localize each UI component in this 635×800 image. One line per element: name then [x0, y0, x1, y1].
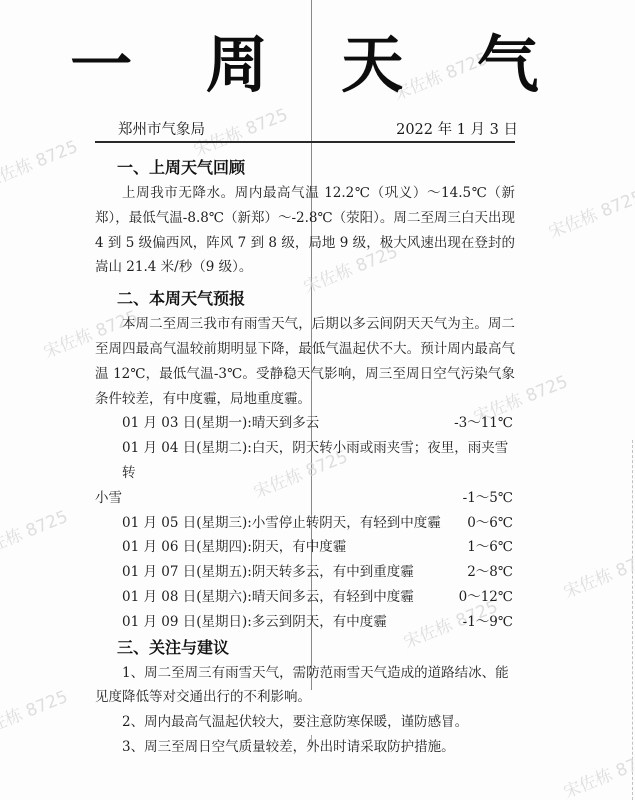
forecast-day-row: 01 月 07 日(星期五):阴天转多云，有中到重度霾 2～8℃	[95, 560, 515, 585]
forecast-temp: -1～9℃	[463, 610, 515, 635]
forecast-date: 01 月 03 日(星期一):	[122, 415, 252, 431]
forecast-day-row: 01 月 04 日(星期二):白天，阴天转小雨或雨夹雪；夜里，雨夹雪转 小雪 -…	[95, 436, 515, 510]
forecast-temp: 2～8℃	[467, 560, 515, 585]
forecast-day-row: 01 月 03 日(星期一):晴天到多云 -3～11℃	[95, 411, 515, 436]
forecast-day-row: 01 月 06 日(星期四):阴天，有中度霾 1～6℃	[95, 535, 515, 560]
daily-forecast-list: 01 月 03 日(星期一):晴天到多云 -3～11℃ 01 月 04 日(星期…	[95, 411, 515, 634]
section-heading-forecast: 二、本周天气预报	[95, 286, 515, 312]
forecast-weather-continued: 小雪	[95, 486, 122, 511]
forecast-temp: -1～5℃	[463, 486, 515, 511]
document-meta: 郑州市气象局 2022 年 1 月 3 日	[118, 118, 518, 139]
page-edge-border	[631, 440, 633, 800]
forecast-temp: -3～11℃	[454, 411, 515, 436]
section-review: 一、上周天气回顾 上周我市无降水。周内最高气温 12.2℃（巩义）～14.5℃（…	[95, 155, 515, 280]
forecast-weather: 小雪停止转阴天，有轻到中度霾	[252, 515, 441, 531]
forecast-weather: 多云到阴天，有中度霾	[252, 614, 387, 630]
document-title: 一 周 天 气	[0, 30, 635, 100]
forecast-date: 01 月 04 日(星期二):	[122, 440, 252, 456]
forecast-weather: 晴天间多云，有轻到中度霾	[252, 589, 414, 605]
watermark: 宋佐栋 8725	[0, 682, 71, 743]
watermark: 宋佐栋 8725	[544, 182, 635, 243]
forecast-paragraph: 本周二至周三我市有雨雪天气，后期以多云间阴天天气为主。周二至周四最高气温较前期明…	[95, 312, 515, 411]
review-paragraph: 上周我市无降水。周内最高气温 12.2℃（巩义）～14.5℃（新郑），最低气温-…	[95, 181, 515, 280]
forecast-date: 01 月 07 日(星期五):	[122, 564, 252, 580]
section-heading-review: 一、上周天气回顾	[95, 155, 515, 181]
forecast-temp: 1～6℃	[467, 535, 515, 560]
forecast-day-row: 01 月 05 日(星期三):小雪停止转阴天，有轻到中度霾 0～6℃	[95, 511, 515, 536]
forecast-temp: 0～6℃	[467, 511, 515, 536]
document-body: 一、上周天气回顾 上周我市无降水。周内最高气温 12.2℃（巩义）～14.5℃（…	[95, 155, 515, 760]
forecast-date: 01 月 09 日(星期日):	[122, 614, 252, 630]
forecast-weather: 晴天到多云	[252, 415, 320, 431]
forecast-temp: 0～12℃	[459, 585, 515, 610]
watermark: 宋佐栋 8725	[559, 742, 635, 800]
forecast-day-row: 01 月 09 日(星期日):多云到阴天，有中度霾 -1～9℃	[95, 610, 515, 635]
watermark: 宋佐栋 8725	[0, 132, 81, 193]
section-forecast: 二、本周天气预报 本周二至周三我市有雨雪天气，后期以多云间阴天天气为主。周二至周…	[95, 286, 515, 634]
section-advice: 三、关注与建议 1、周二至周三有雨雪天气，需防范雨雪天气造成的道路结冰、能见度降…	[95, 635, 515, 760]
forecast-date: 01 月 08 日(星期六):	[122, 589, 252, 605]
forecast-date: 01 月 06 日(星期四):	[122, 539, 252, 555]
issuer-name: 郑州市气象局	[118, 118, 205, 139]
forecast-day-row: 01 月 08 日(星期六):晴天间多云，有轻到中度霾 0～12℃	[95, 585, 515, 610]
forecast-weather: 阴天，有中度霾	[252, 539, 347, 555]
advice-item: 1、周二至周三有雨雪天气，需防范雨雪天气造成的道路结冰、能见度降低等对交通出行的…	[95, 661, 515, 711]
watermark: 宋佐栋 8725	[559, 542, 635, 603]
watermark: 宋佐栋 8725	[0, 502, 71, 563]
issue-date: 2022 年 1 月 3 日	[396, 118, 518, 139]
advice-item: 2、周内最高气温起伏较大，要注意防寒保暖，谨防感冒。	[95, 710, 515, 735]
document-page: 宋佐栋 8725 宋佐栋 8725 宋佐栋 8725 宋佐栋 8725 宋佐栋 …	[0, 0, 635, 800]
section-heading-advice: 三、关注与建议	[95, 635, 515, 661]
forecast-date: 01 月 05 日(星期三):	[122, 515, 252, 531]
forecast-weather: 阴天转多云，有中到重度霾	[252, 564, 414, 580]
header-divider	[95, 141, 515, 143]
advice-item: 3、周三至周日空气质量较差，外出时请采取防护措施。	[95, 735, 515, 760]
